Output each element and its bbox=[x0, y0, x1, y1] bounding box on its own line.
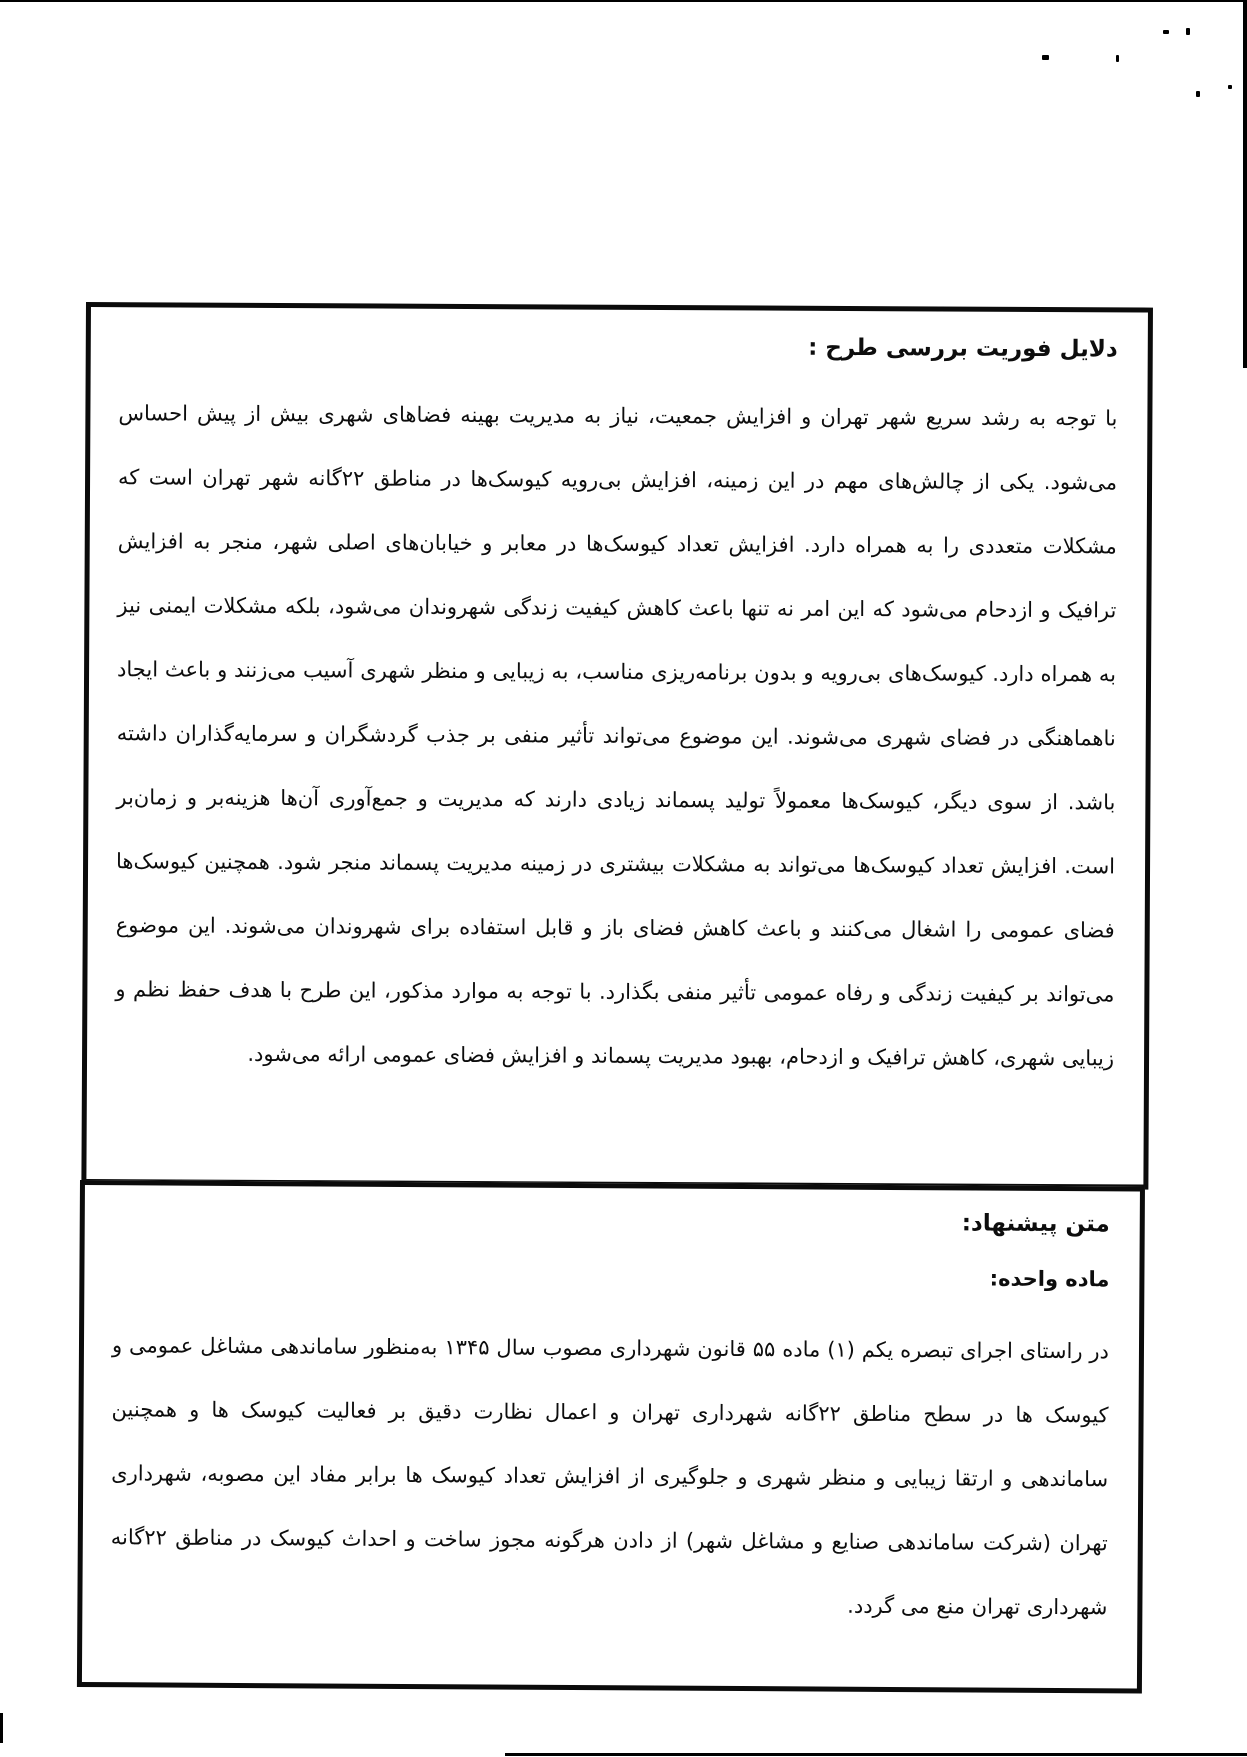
proposal-section-paragraph: در راستای اجرای تبصره یکم (۱) ماده ۵۵ قا… bbox=[110, 1313, 1109, 1639]
scan-ink-speck bbox=[1196, 91, 1200, 97]
urgency-section-heading: دلایل فوریت بررسی طرح : bbox=[119, 331, 1118, 362]
scan-artifact-left-mark bbox=[0, 1713, 3, 1743]
urgency-section-paragraph: با توجه به رشد سریع شهر تهران و افزایش ج… bbox=[115, 381, 1118, 1090]
scan-artifact-bottom-line bbox=[505, 1753, 1247, 1756]
scan-ink-speck bbox=[1186, 28, 1190, 35]
scan-artifact-right-edge bbox=[1243, 0, 1247, 368]
single-article-heading: ماده واحده: bbox=[112, 1261, 1109, 1291]
urgency-section-box: دلایل فوریت بررسی طرح : با توجه به رشد س… bbox=[81, 302, 1153, 1190]
scan-ink-speck bbox=[1116, 55, 1119, 62]
scanned-document-page: دلایل فوریت بررسی طرح : با توجه به رشد س… bbox=[0, 0, 1247, 1757]
scan-ink-speck bbox=[1228, 85, 1232, 89]
proposal-section-box: متن پیشنهاد: ماده واحده: در راستای اجرای… bbox=[77, 1180, 1145, 1693]
scan-artifact-top-edge bbox=[0, 0, 1247, 2]
proposal-section-heading: متن پیشنهاد: bbox=[113, 1205, 1110, 1237]
scan-ink-speck bbox=[1163, 30, 1169, 34]
scan-ink-speck bbox=[1042, 55, 1049, 60]
